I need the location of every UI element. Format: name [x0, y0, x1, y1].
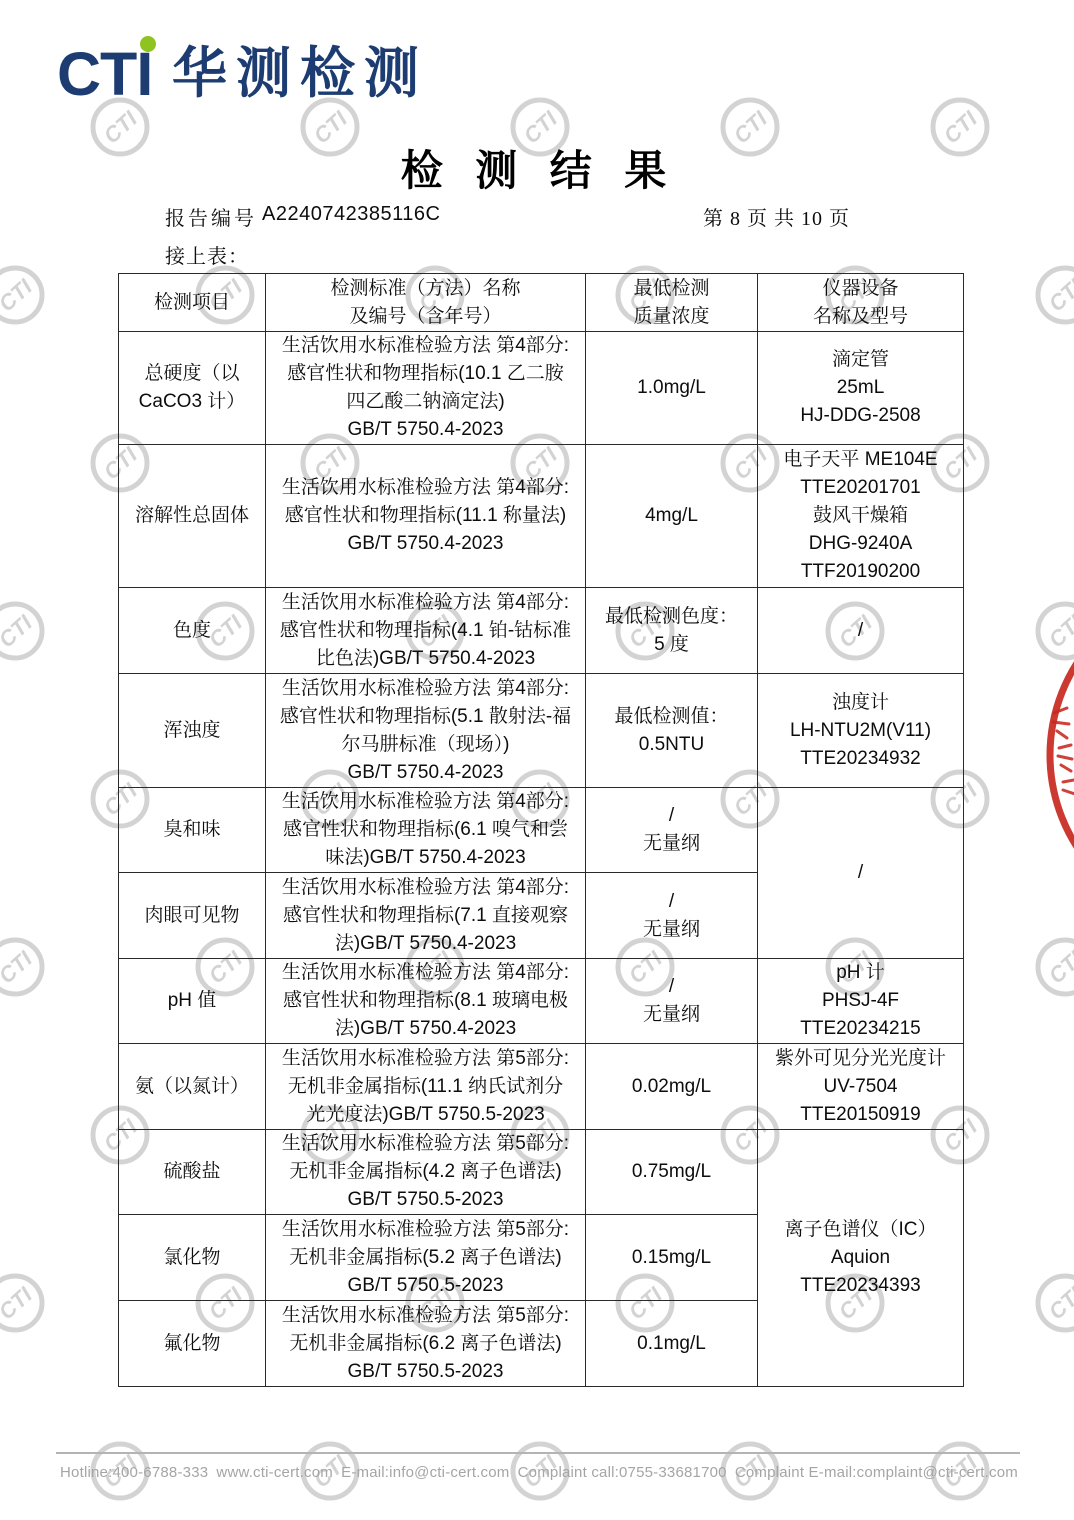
- table-row: 硫酸盐 生活饮用水标准检验方法 第5部分: 无机非金属指标(4.2 离子色谱法)…: [119, 1130, 964, 1215]
- footer: Hotline:400-6788-333 www.cti-cert.com E-…: [60, 1464, 1018, 1481]
- cell-instrument: 紫外可见分光光度计 UV-7504 TTE20150919: [758, 1044, 964, 1130]
- cell-limit: / 无量纲: [586, 788, 758, 873]
- red-seal-fragment-icon: [1030, 655, 1074, 860]
- table-row: 总硬度（以 CaCO3 计） 生活饮用水标准检验方法 第4部分: 感官性状和物理…: [119, 332, 964, 445]
- cti-logo-green-dot-icon: [140, 36, 156, 52]
- cell-method: 生活饮用水标准检验方法 第4部分: 感官性状和物理指标(4.1 铂-钴标准 比色…: [266, 588, 586, 674]
- cell-method: 生活饮用水标准检验方法 第5部分: 无机非金属指标(11.1 纳氏试剂分 光光度…: [266, 1044, 586, 1130]
- cell-limit: 1.0mg/L: [586, 332, 758, 445]
- table-row: 臭和味 生活饮用水标准检验方法 第4部分: 感官性状和物理指标(6.1 嗅气和尝…: [119, 788, 964, 873]
- report-number-label: 报告编号: [165, 202, 257, 231]
- cell-item: 溶解性总固体: [119, 445, 266, 588]
- cell-limit: 0.75mg/L: [586, 1130, 758, 1215]
- footer-email: E-mail:info@cti-cert.com: [341, 1464, 509, 1481]
- cell-method: 生活饮用水标准检验方法 第5部分: 无机非金属指标(4.2 离子色谱法) GB/…: [266, 1130, 586, 1215]
- cell-item: 氯化物: [119, 1215, 266, 1301]
- col-header-instrument: 仪器设备 名称及型号: [758, 274, 964, 332]
- cell-instrument-merged: 离子色谱仪（IC） Aquion TTE20234393: [758, 1130, 964, 1387]
- cell-limit: 4mg/L: [586, 445, 758, 588]
- cell-method: 生活饮用水标准检验方法 第4部分: 感官性状和物理指标(5.1 散射法-福 尔马…: [266, 674, 586, 788]
- cell-item: 氨（以氮计）: [119, 1044, 266, 1130]
- cell-item: 色度: [119, 588, 266, 674]
- cell-limit: 0.02mg/L: [586, 1044, 758, 1130]
- footer-complaint-call: Complaint call:0755-33681700: [518, 1464, 727, 1481]
- cell-item: 总硬度（以 CaCO3 计）: [119, 332, 266, 445]
- cell-item: 硫酸盐: [119, 1130, 266, 1215]
- cell-item: 浑浊度: [119, 674, 266, 788]
- cell-item: pH 值: [119, 959, 266, 1044]
- page-title: 检 测 结 果: [0, 138, 1074, 198]
- table-row: 氨（以氮计） 生活饮用水标准检验方法 第5部分: 无机非金属指标(11.1 纳氏…: [119, 1044, 964, 1130]
- cell-method: 生活饮用水标准检验方法 第4部分: 感官性状和物理指标(10.1 乙二胺 四乙酸…: [266, 332, 586, 445]
- cell-limit: 0.1mg/L: [586, 1301, 758, 1387]
- table-continuation-note: 接上表：: [165, 240, 249, 269]
- table-row: pH 值 生活饮用水标准检验方法 第4部分: 感官性状和物理指标(8.1 玻璃电…: [119, 959, 964, 1044]
- cell-instrument: 滴定管 25mL HJ-DDG-2508: [758, 332, 964, 445]
- table-row: 浑浊度 生活饮用水标准检验方法 第4部分: 感官性状和物理指标(5.1 散射法-…: [119, 674, 964, 788]
- table-row: 溶解性总固体 生活饮用水标准检验方法 第4部分: 感官性状和物理指标(11.1 …: [119, 445, 964, 588]
- footer-website: www.cti-cert.com: [216, 1464, 333, 1481]
- cell-instrument: /: [758, 588, 964, 674]
- cell-method: 生活饮用水标准检验方法 第4部分: 感官性状和物理指标(8.1 玻璃电极 法)G…: [266, 959, 586, 1044]
- cell-limit: 0.15mg/L: [586, 1215, 758, 1301]
- cti-logo-chinese: 华测检测: [172, 46, 428, 101]
- cti-logo: CTI 华测检测: [0, 0, 500, 120]
- cell-instrument: 浊度计 LH-NTU2M(V11) TTE20234932: [758, 674, 964, 788]
- cell-method: 生活饮用水标准检验方法 第5部分: 无机非金属指标(6.2 离子色谱法) GB/…: [266, 1301, 586, 1387]
- cell-instrument-merged: /: [758, 788, 964, 959]
- col-header-item: 检测项目: [119, 274, 266, 332]
- test-results-table: 检测项目 检测标准（方法）名称 及编号（含年号） 最低检测 质量浓度 仪器设备 …: [118, 273, 964, 1387]
- cell-item: 肉眼可见物: [119, 873, 266, 959]
- cell-method: 生活饮用水标准检验方法 第4部分: 感官性状和物理指标(11.1 称量法) GB…: [266, 445, 586, 588]
- cell-method: 生活饮用水标准检验方法 第4部分: 感官性状和物理指标(7.1 直接观察 法)G…: [266, 873, 586, 959]
- report-page: CTI CTI 华测检测 检 测 结 果 报告编号 A2240742385116…: [0, 0, 1074, 1520]
- table-row: 色度 生活饮用水标准检验方法 第4部分: 感官性状和物理指标(4.1 铂-钴标准…: [119, 588, 964, 674]
- cell-instrument: pH 计 PHSJ-4F TTE20234215: [758, 959, 964, 1044]
- cell-item: 臭和味: [119, 788, 266, 873]
- cell-method: 生活饮用水标准检验方法 第4部分: 感官性状和物理指标(6.1 嗅气和尝 味法)…: [266, 788, 586, 873]
- footer-hotline: Hotline:400-6788-333: [60, 1464, 208, 1481]
- cell-method: 生活饮用水标准检验方法 第5部分: 无机非金属指标(5.2 离子色谱法) GB/…: [266, 1215, 586, 1301]
- cell-instrument: 电子天平 ME104E TTE20201701 鼓风干燥箱 DHG-9240A …: [758, 445, 964, 588]
- footer-complaint-email: Complaint E-mail:complaint@cti-cert.com: [735, 1464, 1018, 1481]
- page-indicator: 第 8 页 共 10 页: [703, 202, 850, 231]
- col-header-limit: 最低检测 质量浓度: [586, 274, 758, 332]
- cell-item: 氟化物: [119, 1301, 266, 1387]
- cell-limit: / 无量纲: [586, 873, 758, 959]
- cell-limit: / 无量纲: [586, 959, 758, 1044]
- table-header-row: 检测项目 检测标准（方法）名称 及编号（含年号） 最低检测 质量浓度 仪器设备 …: [119, 274, 964, 332]
- footer-divider: [56, 1452, 1020, 1454]
- col-header-method: 检测标准（方法）名称 及编号（含年号）: [266, 274, 586, 332]
- report-number-value: A2240742385116C: [262, 203, 440, 226]
- cti-logo-text: CTI: [57, 44, 152, 105]
- cell-limit: 最低检测值： 0.5NTU: [586, 674, 758, 788]
- cell-limit: 最低检测色度： 5 度: [586, 588, 758, 674]
